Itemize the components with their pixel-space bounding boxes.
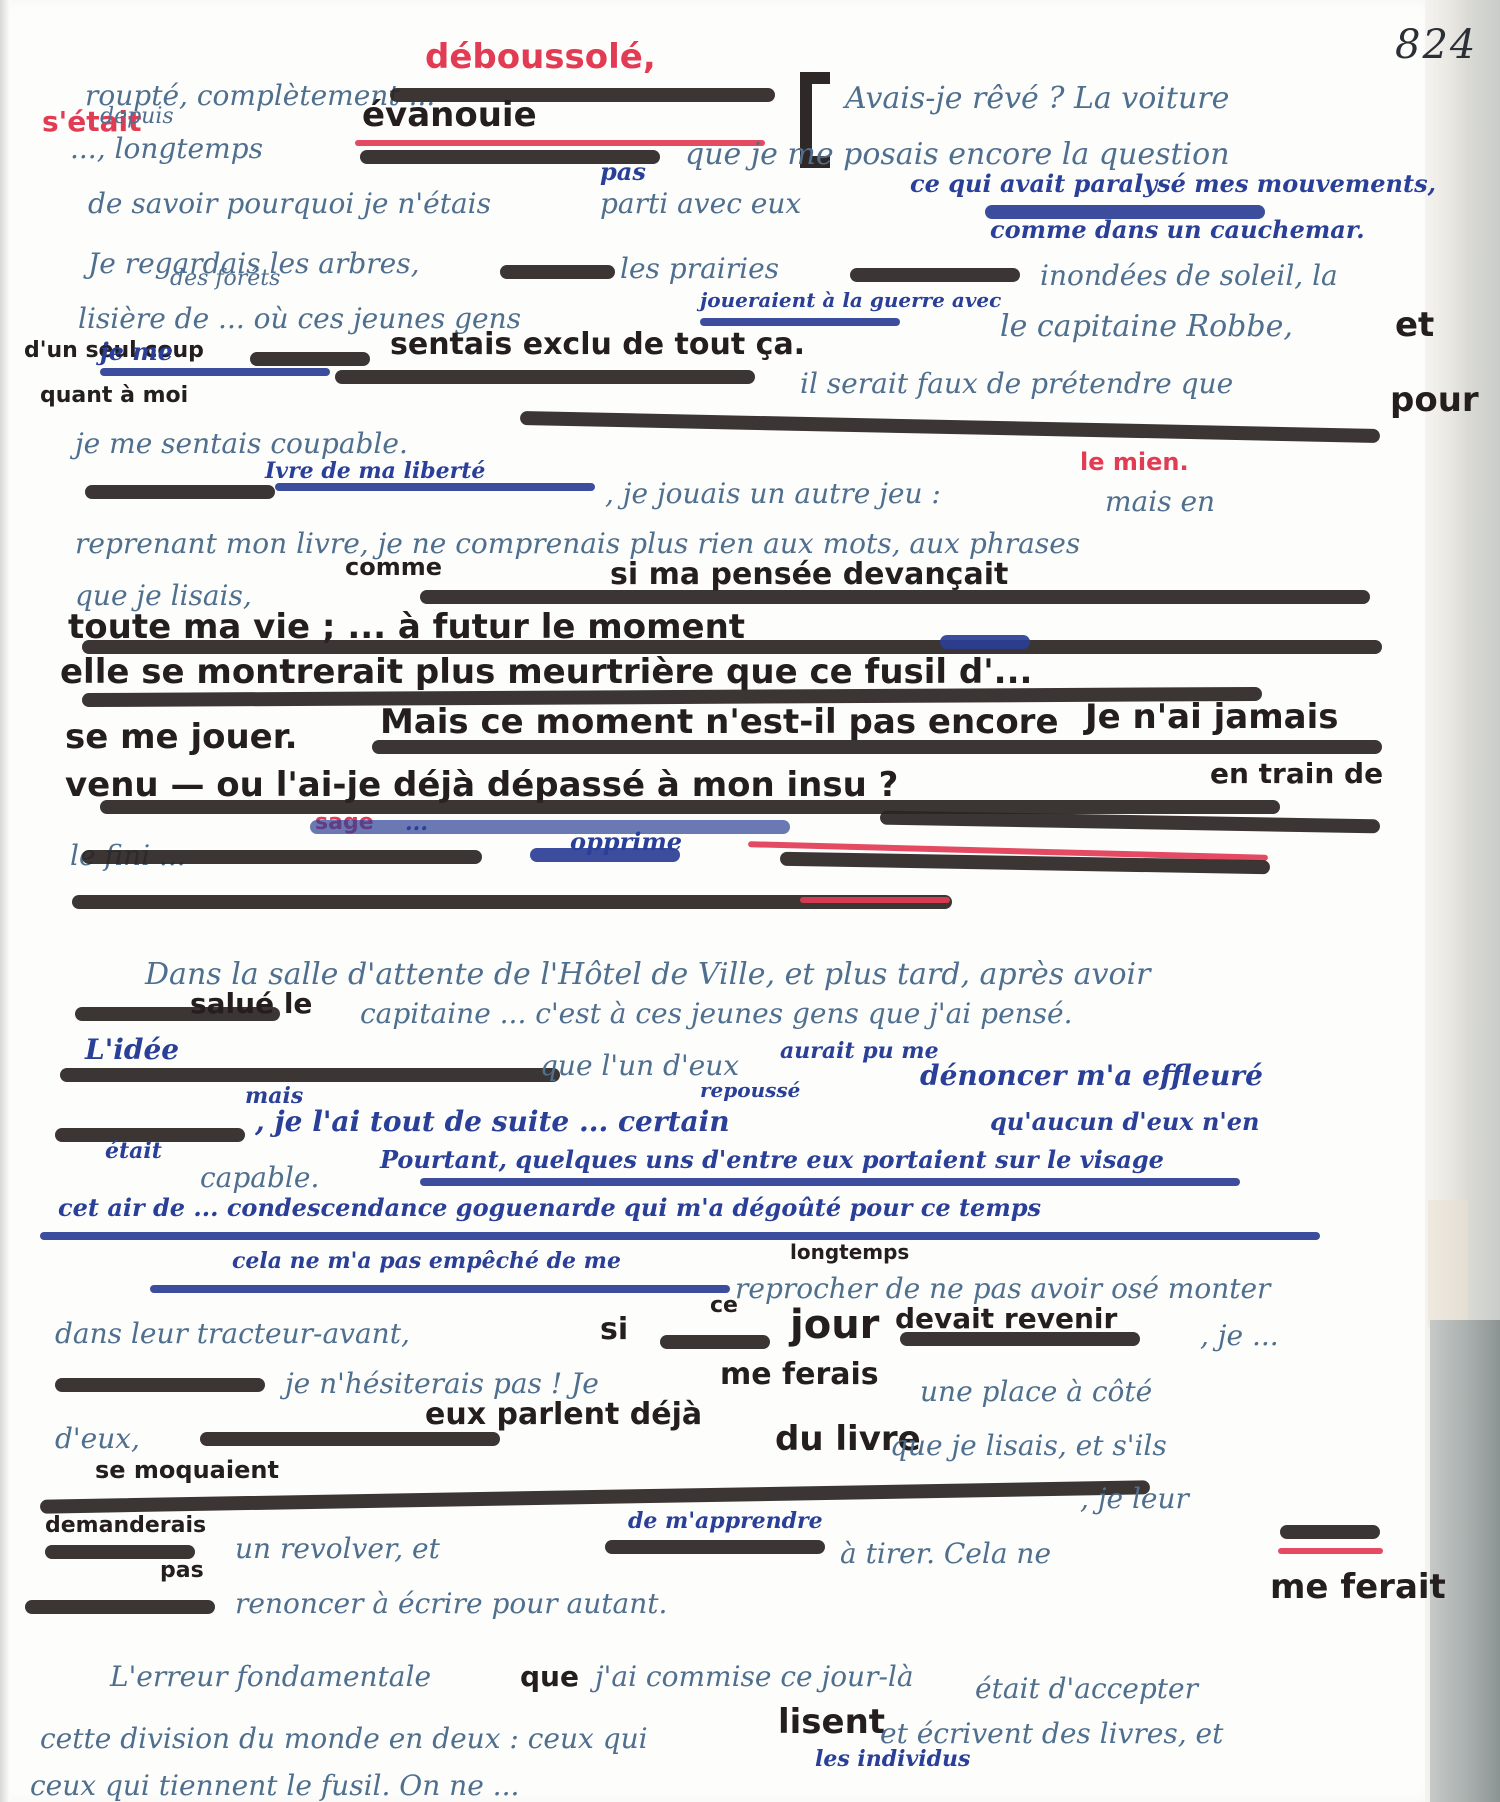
strike-bar [420,1178,1240,1186]
text-line: L'erreur fondamentale [110,1663,431,1691]
page-number: 824 [1395,22,1477,68]
text-line: ceux qui tiennent le fusil. On ne ... [30,1772,519,1800]
text-line: je n'hésiterais pas ! Je [285,1370,599,1398]
text-line: Dans la salle d'attente de l'Hôtel de Vi… [145,960,1150,990]
insertion-blue: ce qui avait paralysé mes mouvements, [910,172,1436,196]
insertion-black: évanouie [362,98,537,132]
insertion-black: lisent [778,1705,885,1739]
text-line: renoncer à écrire pour autant. [235,1590,667,1618]
insertion-blue: qu'aucun d'eux n'en [990,1110,1259,1134]
insertion-black: Mais ce moment n'est-il pas encore [380,705,1059,739]
text-line: , je leur [1080,1485,1189,1513]
text-line: le capitaine Robbe, [1000,312,1293,342]
strike-bar [700,318,900,326]
strike-bar [250,352,370,366]
insertion-black: demanderais [45,1515,206,1537]
insertion: des forêts [170,268,280,290]
strike-bar [200,1432,500,1446]
text-line: , je ... [1200,1322,1279,1350]
strike-bar [55,1378,265,1392]
strike-bar [850,268,1020,282]
text-line: inondées de soleil, la [1040,262,1338,290]
strike-bar [660,1335,770,1349]
strike-bar [500,265,615,279]
insertion-black: que [520,1663,579,1691]
insertion-black: se moquaient [95,1458,279,1482]
insertion-blue: pas [600,160,646,184]
insertion-black: eux parlent déjà [425,1400,702,1430]
paper-tab [1428,1200,1468,1330]
text-line: d'eux, [55,1425,140,1453]
strike-bar [150,1285,730,1293]
insertion-blue: joueraient à la guerre avec [700,290,1001,310]
text-line: un revolver, et [235,1535,440,1563]
strike-bar [1278,1548,1383,1554]
insertion-black: Je n'ai jamais [1085,700,1338,734]
insertion-black: si [600,1315,628,1345]
strike-bar [85,485,275,499]
strike-bar [100,368,330,376]
strike-bar [310,820,790,834]
strike-bar [25,1600,215,1614]
text-line: les prairies [620,255,779,283]
text-line: dénoncer m'a effleuré [920,1062,1263,1090]
strike-bar [45,1545,195,1559]
insertion-black: sentais exclu de tout ça. [390,330,805,360]
insertion-black: longtemps [790,1242,909,1262]
text-line: parti avec eux [600,190,801,218]
text-line: reprenant mon livre, je ne comprenais pl… [75,530,1080,558]
text-line: je me sentais coupable. [75,430,408,458]
text-line: reprocher de ne pas avoir osé monter [735,1275,1270,1303]
insertion-blue: cet air de ... condescendance goguenarde… [58,1196,1041,1220]
insertion-blue: je me [100,340,173,364]
insertion-blue: de m'apprendre [628,1510,823,1532]
insertion-blue: aurait pu me [780,1040,939,1062]
text-line: et écrivent des livres, et [880,1720,1223,1748]
strike-bar [60,1068,560,1082]
insertion-black: en train de [1210,760,1383,788]
text-line: dans leur tracteur-avant, [55,1320,410,1348]
text-line: Avais-je rêvé ? La voiture [845,84,1229,114]
insertion-black: si ma pensée devançait [610,560,1008,590]
text-line: que l'un d'eux [540,1052,739,1080]
text-line: une place à côté [920,1378,1152,1406]
text-line: était d'accepter [975,1675,1198,1703]
insertion-black: ce [710,1295,738,1317]
insertion-black: me ferais [720,1360,879,1390]
text-line: que je lisais, et s'ils [890,1432,1167,1460]
strike-bar [605,1540,825,1554]
insertion: depuis [100,106,174,128]
insertion-black: se me jouer. [65,720,298,754]
insertion-black: elle se montrerait plus meurtrière que c… [60,655,1032,689]
text-line: , je l'ai tout de suite ... certain [255,1108,730,1136]
insertion-blue: était [105,1140,162,1162]
insertion-black: pour [1390,383,1479,417]
insertion-red: déboussolé, [425,40,656,74]
strike-bar [372,740,1382,754]
text-line: de savoir pourquoi je n'étais [88,190,491,218]
insertion-black: salué le [190,990,312,1018]
insertion-blue: opprime [570,830,682,854]
strike-bar [800,897,950,903]
text-line: capable. [200,1164,319,1192]
insertion-blue: cela ne m'a pas empêché de me [232,1250,621,1272]
insertion-blue: mais [245,1085,303,1107]
insertion-black: venu — ou l'ai-je déjà dépassé à mon ins… [65,768,898,802]
insertion-blue: repoussé [700,1080,800,1100]
strike-bar [1280,1525,1380,1539]
text-line: mais en [1105,488,1215,516]
strike-bar [275,483,595,491]
text-line: capitaine ... c'est à ces jeunes gens qu… [360,1000,1073,1028]
insertion-black: toute ma vie ; ... à futur le moment [68,610,745,644]
text-line: il serait faux de prétendre que [800,370,1233,398]
strike-bar [335,370,755,384]
strike-bar [420,590,1370,604]
text-line: cette division du monde en deux : ceux q… [40,1725,648,1753]
insertion-black: me ferait [1270,1570,1446,1604]
text-line: à tirer. Cela ne [840,1540,1051,1568]
strike-bar [900,1332,1140,1346]
text-line: que je me posais encore la question [685,140,1230,170]
strike-bar [100,800,1280,814]
insertion-black: comme [345,555,442,579]
strike-bar [940,635,1030,649]
insertion-blue: Ivre de ma liberté [265,460,485,482]
margin-note: quant à moi [40,385,188,407]
text-line: , je jouais un autre jeu : [605,480,941,508]
insertion-blue: L'idée [85,1036,179,1064]
text-line: j'ai commise ce jour-là [595,1663,914,1691]
strike-bar [40,1232,1320,1240]
insertion-blue: comme dans un cauchemar. [990,218,1365,242]
insertion-black: et [1395,308,1434,342]
insertion-blue: Pourtant, quelques uns d'entre eux porta… [380,1148,1164,1172]
insertion-black: jour [790,1305,879,1345]
binder-strip [1430,1320,1500,1802]
page-left-edge [0,0,10,1802]
insertion-blue: les individus [815,1748,970,1770]
text-line: que je lisais, [75,582,252,610]
insertion-red: le mien. [1080,450,1189,474]
strike-bar [82,850,482,864]
insertion-black: pas [160,1560,204,1582]
insertion-black: devait revenir [895,1305,1117,1333]
text-line: ..., longtemps [70,135,263,163]
